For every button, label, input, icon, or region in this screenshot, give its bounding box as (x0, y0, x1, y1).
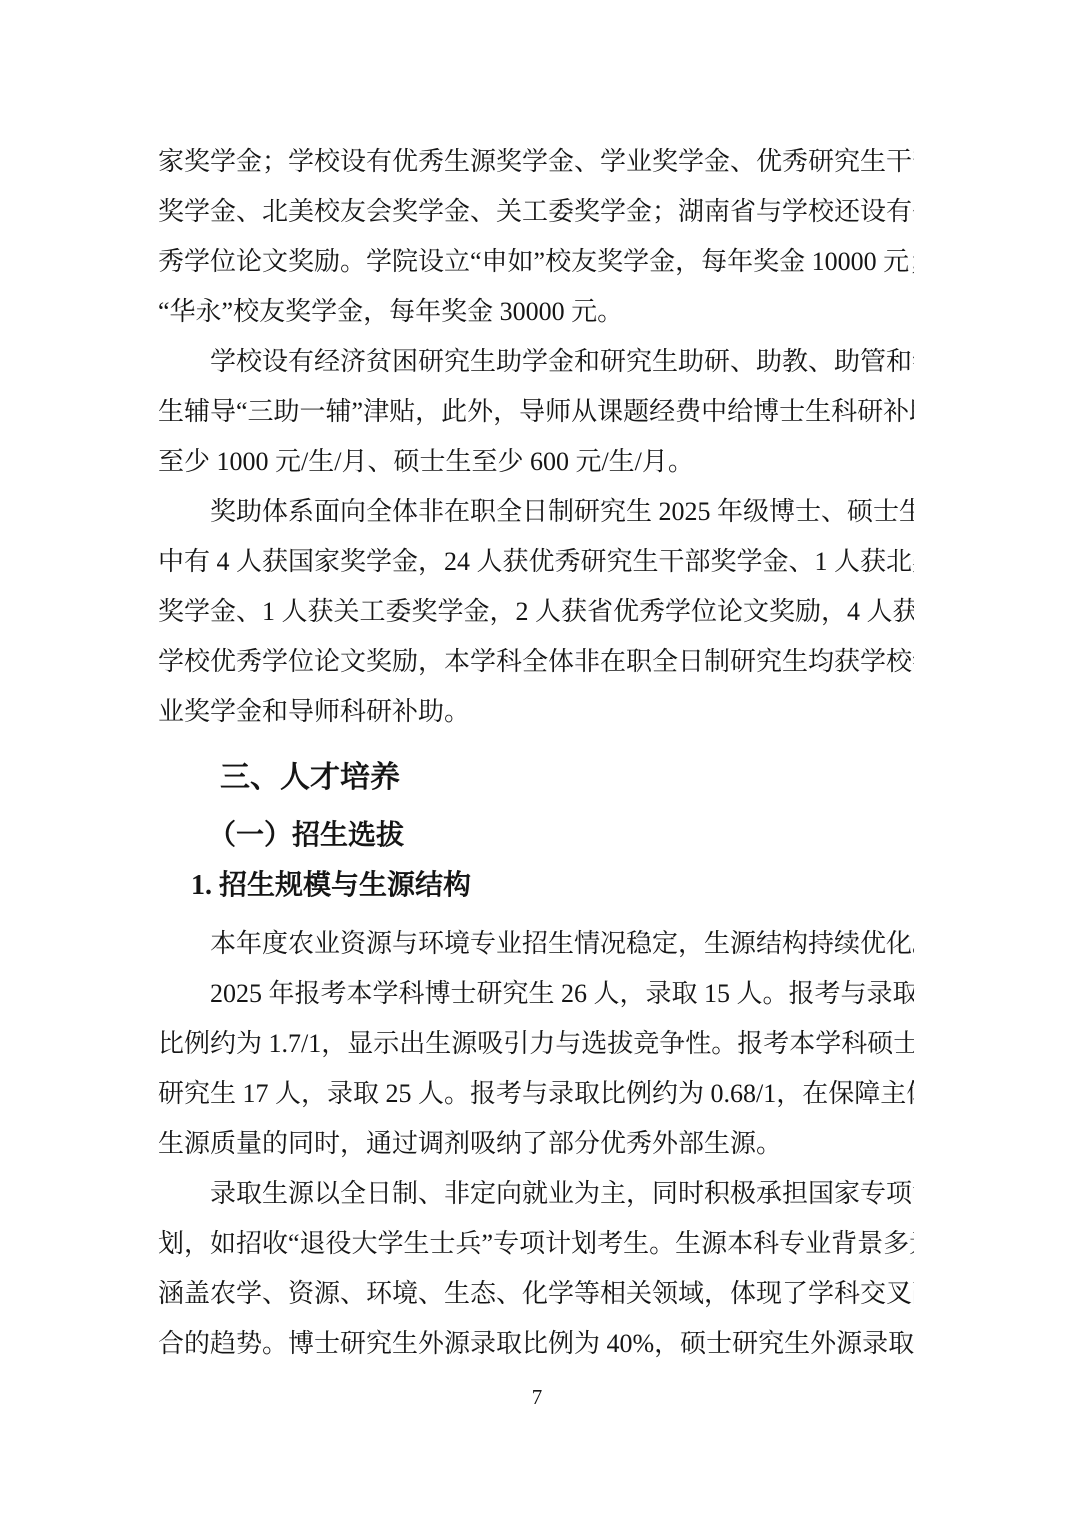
body-text-line: “华永”校友奖学金，每年奖金 30000 元。 (158, 287, 914, 337)
body-text-line: 2025 年报考本学科博士研究生 26 人，录取 15 人。报考与录取 (158, 969, 914, 1019)
body-text-line: 涵盖农学、资源、环境、生态、化学等相关领域，体现了学科交叉融 (158, 1269, 914, 1319)
body-text-line: 至少 1000 元/生/月、硕士生至少 600 元/生/月。 (158, 437, 914, 487)
document-page: 家奖学金；学校设有优秀生源奖学金、学业奖学金、优秀研究生干部 奖学金、北美校友会… (0, 0, 1074, 1520)
body-text-line: 中有 4 人获国家奖学金，24 人获优秀研究生干部奖学金、1 人获北美 (158, 537, 914, 587)
paragraph: 家奖学金；学校设有优秀生源奖学金、学业奖学金、优秀研究生干部 奖学金、北美校友会… (158, 137, 914, 337)
body-text-line: 研究生 17 人，录取 25 人。报考与录取比例约为 0.68/1，在保障主体 (158, 1069, 914, 1119)
body-text-line: 合的趋势。博士研究生外源录取比例为 40%，硕士研究生外源录取比 (158, 1319, 914, 1369)
body-text-line: 比例约为 1.7/1，显示出生源吸引力与选拔竞争性。报考本学科硕士 (158, 1019, 914, 1069)
body-text-line: 录取生源以全日制、非定向就业为主，同时积极承担国家专项计 (158, 1169, 914, 1219)
section-heading-level3: 1. 招生规模与生源结构 (158, 861, 914, 911)
section-heading-level1: 三、人才培养 (158, 753, 914, 803)
body-text-line: 奖学金、北美校友会奖学金、关工委奖学金；湖南省与学校还设有优 (158, 187, 914, 237)
section-heading-level2: （一）招生选拔 (158, 811, 914, 861)
paragraph: 奖助体系面向全体非在职全日制研究生 2025 年级博士、硕士生 中有 4 人获国… (158, 487, 914, 737)
paragraph: 本年度农业资源与环境专业招生情况稳定，生源结构持续优化。 (158, 919, 914, 969)
body-text-line: 奖助体系面向全体非在职全日制研究生 2025 年级博士、硕士生 (158, 487, 914, 537)
body-text-line: 生源质量的同时，通过调剂吸纳了部分优秀外部生源。 (158, 1119, 914, 1169)
paragraph: 2025 年报考本学科博士研究生 26 人，录取 15 人。报考与录取 比例约为… (158, 969, 914, 1169)
body-text-line: 家奖学金；学校设有优秀生源奖学金、学业奖学金、优秀研究生干部 (158, 137, 914, 187)
body-text-line: 学校优秀学位论文奖励，本学科全体非在职全日制研究生均获学校学 (158, 637, 914, 687)
page-number: 7 (0, 1384, 1074, 1410)
paragraph: 录取生源以全日制、非定向就业为主，同时积极承担国家专项计 划，如招收“退役大学生… (158, 1169, 914, 1369)
body-text-line: 奖学金、1 人获关工委奖学金，2 人获省优秀学位论文奖励，4 人获 (158, 587, 914, 637)
document-body: 家奖学金；学校设有优秀生源奖学金、学业奖学金、优秀研究生干部 奖学金、北美校友会… (158, 137, 914, 1369)
body-text-line: 划，如招收“退役大学生士兵”专项计划考生。生源本科专业背景多元， (158, 1219, 914, 1269)
body-text-line: 生辅导“三助一辅”津贴，此外，导师从课题经费中给博士生科研补助 (158, 387, 914, 437)
body-text-line: 学校设有经济贫困研究生助学金和研究生助研、助教、助管和学 (158, 337, 914, 387)
body-text-line: 本年度农业资源与环境专业招生情况稳定，生源结构持续优化。 (158, 919, 914, 969)
body-text-line: 秀学位论文奖励。学院设立“申如”校友奖学金，每年奖金 10000 元； (158, 237, 914, 287)
paragraph: 学校设有经济贫困研究生助学金和研究生助研、助教、助管和学 生辅导“三助一辅”津贴… (158, 337, 914, 487)
body-text-line: 业奖学金和导师科研补助。 (158, 687, 914, 737)
